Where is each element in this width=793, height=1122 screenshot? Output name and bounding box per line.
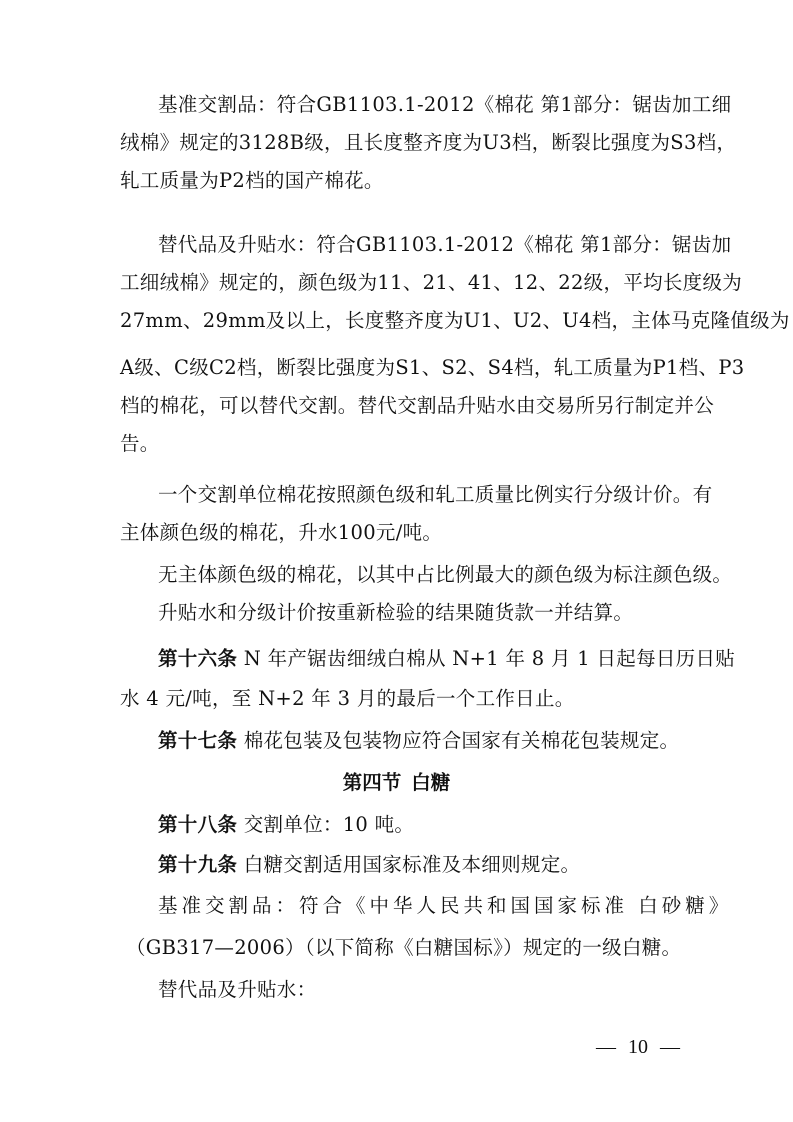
article-19-text: 白糖交割适用国家标准及本细则规定。 [237,853,580,876]
paragraph-line: 档的棉花，可以替代交割。替代交割品升贴水由交易所另行制定并公 [120,393,680,419]
paragraph-line: A级、C级C2档，断裂比强度为S1、S2、S4档，轧工质量为P1档、P3 [120,355,680,381]
article-17: 第十七条 棉花包装及包装物应符合国家有关棉花包装规定。 [158,728,718,754]
page-number-dash-right: — [660,1034,680,1060]
article-19-label: 第十九条 [158,853,237,876]
paragraph-line: 绒棉》规定的3128B级，且长度整齐度为U3档，断裂比强度为S3档， [120,130,680,156]
section-title: 白糖 [411,771,450,794]
article-18-label: 第十八条 [158,813,237,836]
paragraph-line: 一个交割单位棉花按照颜色级和轧工质量比例实行分级计价。有 [158,482,718,508]
article-18: 第十八条 交割单位：10 吨。 [158,812,718,838]
article-18-text: 交割单位：10 吨。 [237,813,414,836]
paragraph-line: 27mm、29mm及以上，长度整齐度为U1、U2、U4档，主体马克隆值级为 [120,308,680,334]
paragraph-line: 基准交割品：符合《中华人民共和国国家标准 白砂糖》 [158,893,718,919]
paragraph-line: 替代品及升贴水： [158,977,718,1003]
paragraph-line: 工细绒棉》规定的，颜色级为11、21、41、12、22级，平均长度级为 [120,270,680,296]
article-16-text: N 年产锯齿细绒白棉从 N+1 年 8 月 1 日起每日历日贴 [237,647,735,670]
section-heading: 第四节白糖 [0,770,793,796]
paragraph-line: 主体颜色级的棉花，升水100元/吨。 [120,520,680,546]
paragraph-line: 轧工质量为P2档的国产棉花。 [120,168,680,194]
section-number: 第四节 [343,771,402,794]
page-number: —10— [596,1034,680,1060]
paragraph-line: （GB317—2006）（以下简称《白糖国标》）规定的一级白糖。 [126,935,686,961]
article-17-label: 第十七条 [158,729,237,752]
article-19: 第十九条 白糖交割适用国家标准及本细则规定。 [158,852,718,878]
article-16: 第十六条 N 年产锯齿细绒白棉从 N+1 年 8 月 1 日起每日历日贴 [158,646,718,672]
paragraph-line: 基准交割品：符合GB1103.1-2012《棉花 第1部分：锯齿加工细 [158,92,718,118]
page-number-dash-left: — [596,1034,616,1060]
article-17-text: 棉花包装及包装物应符合国家有关棉花包装规定。 [237,729,679,752]
paragraph-line: 水 4 元/吨，至 N+2 年 3 月的最后一个工作日止。 [120,686,680,712]
paragraph-line: 无主体颜色级的棉花，以其中占比例最大的颜色级为标注颜色级。 [158,562,718,588]
page-number-value: 10 [628,1036,648,1058]
paragraph-line: 替代品及升贴水：符合GB1103.1-2012《棉花 第1部分：锯齿加 [158,232,718,258]
document-page: 基准交割品：符合GB1103.1-2012《棉花 第1部分：锯齿加工细 绒棉》规… [0,0,793,1122]
article-16-label: 第十六条 [158,647,237,670]
paragraph-line: 升贴水和分级计价按重新检验的结果随货款一并结算。 [158,600,718,626]
paragraph-line: 告。 [120,431,680,457]
